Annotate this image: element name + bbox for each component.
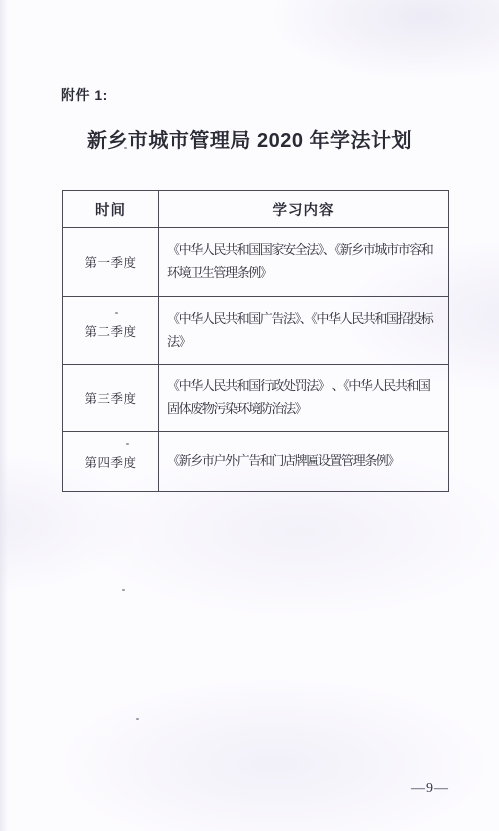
scan-speck [122, 589, 125, 591]
period-cell: 第四季度 [63, 432, 159, 492]
content-cell: 《新乡市户外广告和门店牌匾设置管理条例》 [159, 432, 449, 492]
table-row: 第二季度 《中华人民共和国广告法》、《中华人民共和国招投标 法》 [63, 297, 449, 365]
table-row: 第一季度 《中华人民共和国国家安全法》、《新乡市城市市容和 环境卫生管理条例》 [63, 228, 449, 297]
attachment-label: 附件 1: [61, 85, 108, 105]
period-cell: 第一季度 [63, 228, 159, 297]
content-cell: 《中华人民共和国广告法》、《中华人民共和国招投标 法》 [159, 297, 449, 365]
period-cell: 第三季度 [63, 365, 159, 432]
header-cell-content: 学习内容 [159, 191, 449, 228]
page-title: 新乡市城市管理局 2020 年学法计划 [0, 124, 499, 153]
table-header-row: 时间 学习内容 [63, 191, 449, 228]
content-cell: 《中华人民共和国国家安全法》、《新乡市城市市容和 环境卫生管理条例》 [159, 228, 449, 297]
study-plan-table: 时间 学习内容 第一季度 《中华人民共和国国家安全法》、《新乡市城市市容和 环境… [62, 190, 449, 492]
header-cell-time: 时间 [63, 191, 159, 228]
page-number: —9— [411, 781, 449, 797]
scan-speck [136, 718, 139, 720]
content-cell: 《中华人民共和国行政处罚法》 、《中华人民共和国 固体废物污染环境防治法》 [159, 365, 449, 432]
period-cell: 第二季度 [63, 297, 159, 365]
table-row: 第四季度 《新乡市户外广告和门店牌匾设置管理条例》 [63, 432, 449, 492]
table-row: 第三季度 《中华人民共和国行政处罚法》 、《中华人民共和国 固体废物污染环境防治… [63, 365, 449, 432]
